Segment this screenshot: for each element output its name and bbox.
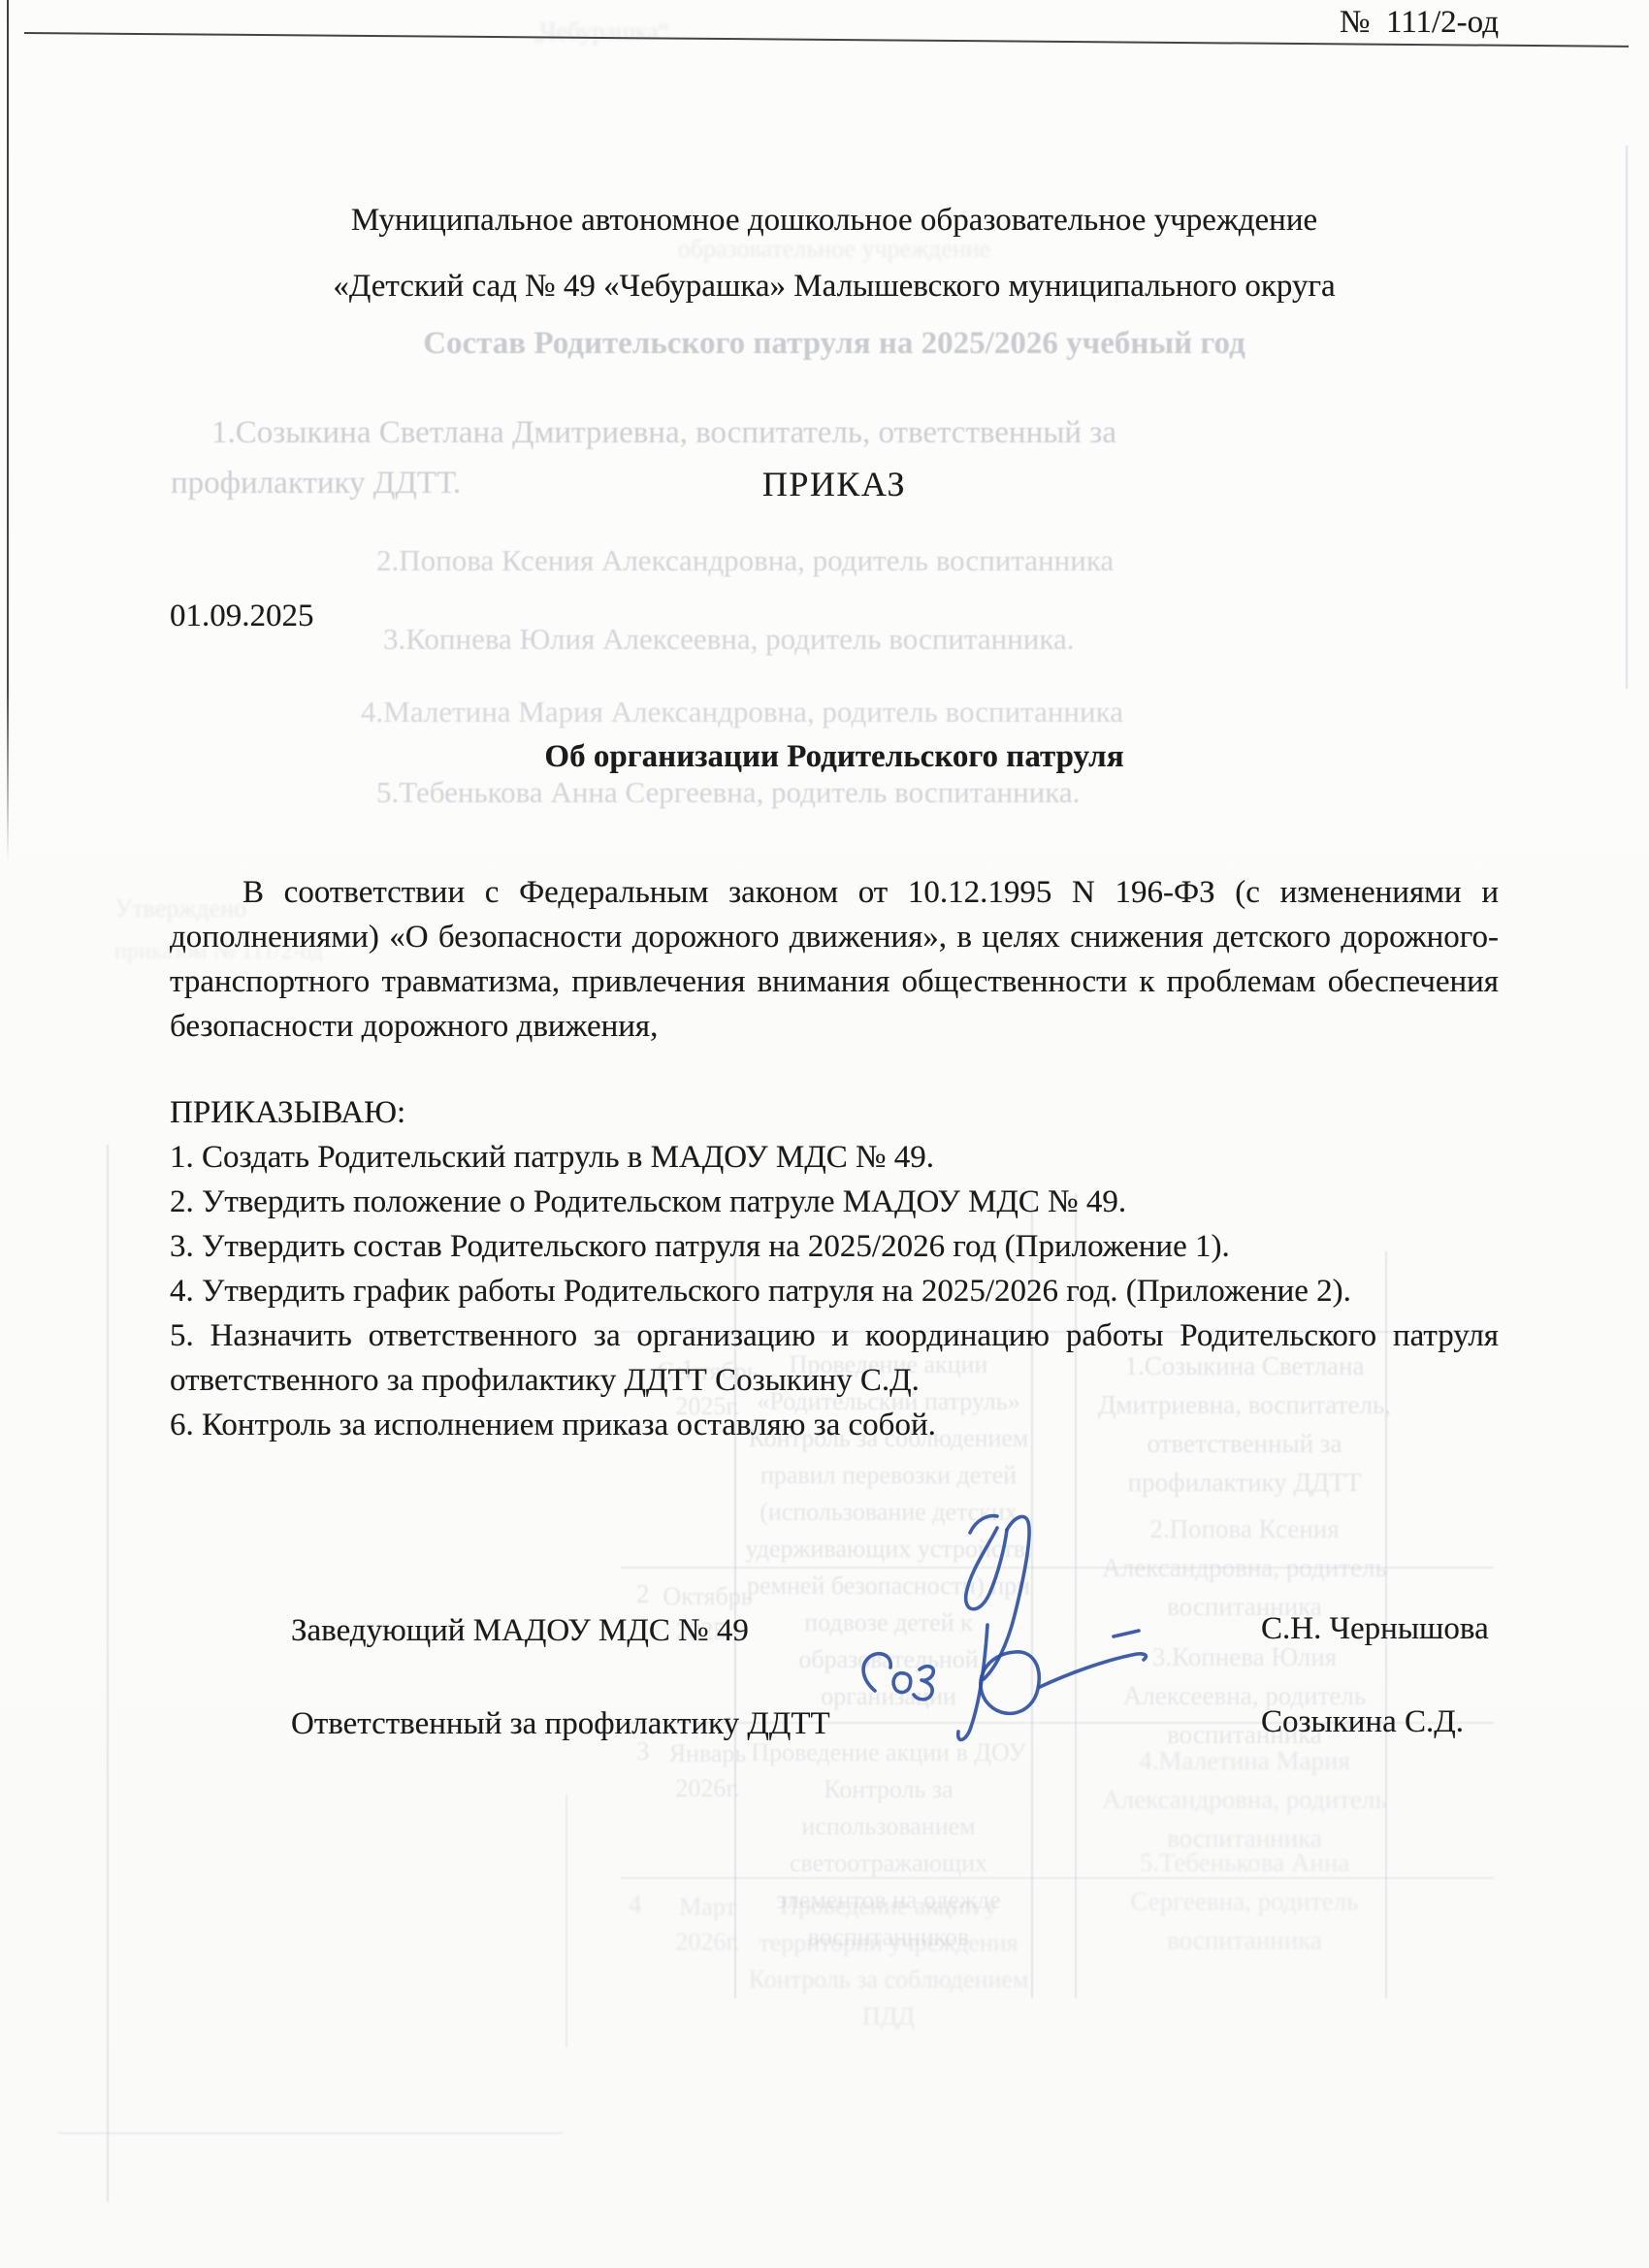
bleedthrough-text-fragment: 3.Копнева Юлия Алексеевна, родитель восп… (383, 622, 1074, 657)
bleedthrough-text-fragment: 4 (629, 1890, 642, 1920)
signature-chernyshova (966, 1516, 1029, 1679)
scanned-document-page: „Чебурашка“образовательное учреждениеСос… (0, 0, 1649, 2268)
bleedthrough-table-line (107, 1145, 109, 2202)
bleedthrough-text-fragment: Март 2026г. (652, 1890, 763, 1960)
signatory-2-name: Созыкина С.Д. (1261, 1700, 1464, 1744)
bleedthrough-table-line (1626, 146, 1628, 689)
bleedthrough-table-line (621, 1877, 1494, 1879)
scan-edge-left (7, 0, 9, 861)
order-item-2: 2. Утвердить положение о Родительском па… (170, 1180, 1499, 1224)
order-item-3: 3. Утвердить состав Родительского патрул… (170, 1224, 1499, 1269)
bleedthrough-text-fragment: Проведение акции у территории учреждения… (743, 1888, 1034, 2035)
bleedthrough-table-line (566, 1795, 567, 2047)
org-name-line1: Муниципальное автономное дошкольное обра… (126, 198, 1542, 243)
bleedthrough-text-fragment: 4.Малетина Мария Александровна, родитель… (361, 695, 1123, 729)
bleedthrough-text-fragment: „Чебурашка“ (533, 17, 669, 47)
bleedthrough-text-fragment: Январь 2026г. (652, 1736, 763, 1806)
bleedthrough-text-fragment: 2 (636, 1579, 650, 1609)
decree-word: ПРИКАЗЫВАЮ: (170, 1090, 405, 1135)
bleedthrough-text-fragment: Состав Родительского патруля на 2025/202… (126, 326, 1542, 362)
bleedthrough-text-fragment: 5.Тебенькова Анна Сергеевна, родитель во… (1084, 1843, 1405, 1960)
document-date: 01.09.2025 (170, 594, 314, 638)
order-items-list: 1. Создать Родительский патруль в МАДОУ … (170, 1135, 1499, 1447)
document-type-heading: ПРИКАЗ (126, 462, 1542, 506)
bleedthrough-text-fragment: 2.Попова Ксения Александровна, родитель … (376, 543, 1114, 578)
document-number: № 111/2-од (1340, 0, 1499, 45)
order-item-6: 6. Контроль за исполнением приказа остав… (170, 1403, 1499, 1447)
order-item-4: 4. Утвердить график работы Родительского… (170, 1269, 1499, 1313)
bleedthrough-text-fragment: 5.Тебенькова Анна Сергеевна, родитель во… (376, 775, 1080, 810)
bleedthrough-text-fragment: 1.Созыкина Светлана Дмитриевна, воспитат… (211, 415, 1116, 451)
order-item-1: 1. Создать Родительский патруль в МАДОУ … (170, 1135, 1499, 1180)
bleedthrough-table-line (58, 2132, 563, 2134)
preamble-paragraph: В соответствии с Федеральным законом от … (170, 870, 1499, 1049)
signatory-2-position: Ответственный за профилактику ДДТТ (291, 1701, 830, 1746)
bleedthrough-text-fragment: Проведение акции в ДОУ Контроль за испол… (743, 1734, 1034, 1956)
order-item-5: 5. Назначить ответственного за организац… (170, 1313, 1499, 1403)
handwritten-signatures (824, 1489, 1174, 1761)
org-name-line2: «Детский сад № 49 «Чебурашка» Малышевско… (126, 264, 1542, 308)
signatory-1-position: Заведующий МАДОУ МДС № 49 (291, 1608, 749, 1653)
signatory-1-name: С.Н. Чернышова (1261, 1606, 1489, 1651)
document-title: Об организации Родительского патруля (126, 734, 1542, 779)
